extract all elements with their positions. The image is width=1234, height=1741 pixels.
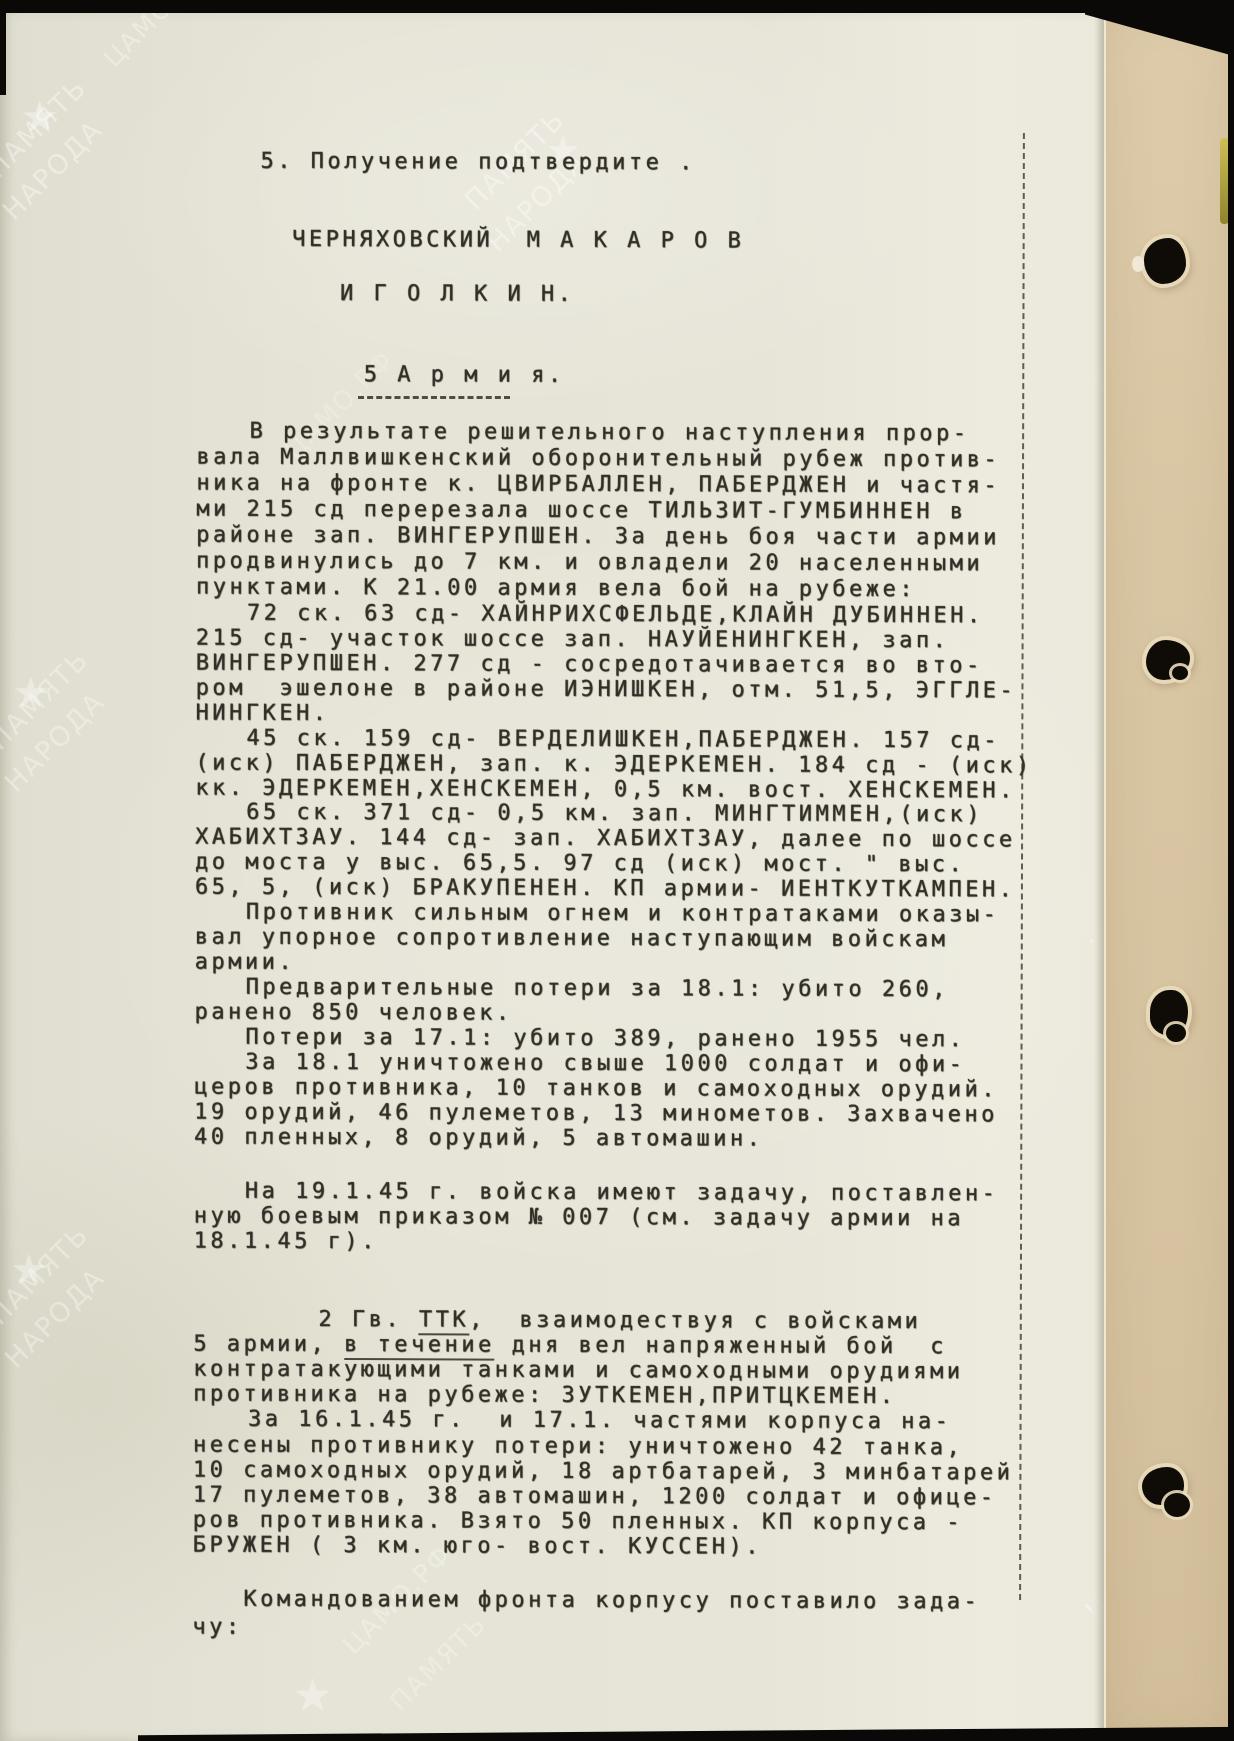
text-line: ми 215 сд перерезала шоссе ТИЛЬЗИТ-ГУМБИ… (196, 497, 966, 525)
text-line: 5 А р м и я. (364, 362, 565, 388)
text-line: 10 самоходных орудий, 18 артбатарей, 3 м… (193, 1458, 1014, 1486)
text-line: Противник сильным огнем и контратаками о… (246, 900, 1000, 928)
punch-hole (1150, 990, 1188, 1036)
text-line: 19 орудий, 46 пулеметов, 13 минометов. З… (194, 1100, 998, 1128)
text-line: ром эшелоне в районе ИЭНИШКЕН, отм. 51,5… (196, 676, 1017, 704)
text-line: 5. Получение подтвердите . (260, 149, 695, 176)
text-line: ЧЕРНЯХОВСКИЙ М А К А Р О В (292, 227, 744, 254)
punch-hole (1144, 238, 1186, 284)
text-line: 2 Гв. ТТК, взаимодествуя с войсками (318, 1307, 921, 1334)
text-line: Командованием фронта корпусу поставило з… (243, 1587, 980, 1615)
scan-edge-top (0, 0, 1234, 13)
text-segment: дня вел напряженный бой с (495, 1333, 947, 1360)
text-line: 5 армии, в течение дня вел напряженный б… (193, 1332, 947, 1360)
text-line: ВИНГЕРУПШЕН. 277 сд - сосредотачивается … (196, 651, 983, 679)
text-line: За 16.1.45 г. и 17.1. частями корпуса на… (248, 1407, 951, 1434)
text-line: продвинулись до 7 км. и овладели 20 насе… (196, 549, 983, 577)
text-line: 65, 5, (иск) БРАКУПЕНЕН. КП армии- ИЕНТК… (195, 875, 1016, 903)
text-line: 65 ск. 371 сд- 0,5 км. зап. МИНГТИММЕН,(… (246, 800, 983, 828)
text-line: вал упорное сопротивление наступающим во… (195, 925, 949, 953)
text-line: 17 пулеметов, 38 автомашин, 1200 солдат … (193, 1483, 997, 1511)
text-line: И Г О Л К И Н. (340, 281, 575, 307)
text-line: контратакующими танками и самоходными ор… (193, 1357, 963, 1385)
underlined-text: ТТК (419, 1307, 469, 1335)
text-line: несены противнику потери: уничтожено 42 … (193, 1433, 963, 1461)
text-line: ника на фронте к. ЦВИРБАЛЛЕН, ПАБЕРДЖЕН … (196, 471, 1000, 499)
heading-underline (358, 396, 510, 399)
text-line: до моста у выс. 65,5. 97 сд (иск) мост. … (195, 850, 965, 878)
text-line: БРУЖЕН ( 3 км. юго- вост. КУССЕН). (193, 1533, 762, 1560)
text-line: ров противника. Взято 50 пленных. КП кор… (193, 1508, 963, 1536)
text-line: (иск) ПАБЕРДЖЕН, зап. к. ЭДЕРКЕМЕН. 184 … (195, 751, 1032, 779)
punch-hole (1146, 640, 1190, 680)
text-line: пунктами. К 21.00 армия вела бой на рубе… (196, 575, 916, 603)
text-line: ную боевым приказом № 007 (см. задачу ар… (194, 1204, 964, 1232)
text-line: церов противника, 10 танков и самоходных… (194, 1075, 998, 1103)
text-line: 40 пленных, 8 орудий, 5 автомашин. (194, 1125, 763, 1152)
text-line: НИНГКЕН. (196, 701, 330, 726)
text-segment: , взаимодествуя с войсками (469, 1307, 921, 1334)
punch-hole (1142, 1467, 1184, 1505)
text-line: противника на рубеже: ЗУТКЕМЕН,ПРИТЦКЕМЕ… (193, 1382, 896, 1409)
text-line: Предварительные потери за 18.1: убито 26… (246, 975, 949, 1002)
text-line: На 19.1.45 г. войска имеют задачу, поста… (245, 1179, 999, 1207)
text-line: В результате решительного наступления пр… (249, 419, 969, 447)
text-segment: 5 армии, (193, 1332, 344, 1358)
binding-strip (1104, 13, 1233, 1741)
text-line: 18.1.45 г). (194, 1229, 378, 1255)
text-line: армии. (195, 950, 296, 975)
text-line: Потери за 17.1: убито 389, ранено 1955 ч… (245, 1025, 965, 1053)
page-torn-edge (1092, 13, 1104, 1741)
scan-edge-right (1228, 0, 1234, 1741)
text-line: 215 сд- участок шоссе зап. НАУЙЕНИНГКЕН,… (196, 626, 950, 654)
text-line: 72 ск. 63 сд- ХАЙНРИХСФЕЛЬДЕ,КЛАЙН ДУБИН… (247, 601, 984, 629)
text-line: районе зап. ВИНГЕРУПШЕН. За день боя час… (196, 523, 1000, 551)
text-line: чу: (192, 1615, 242, 1640)
text-line: 45 ск. 159 сд- ВЕРДЕЛИШКЕН,ПАБЕРДЖЕН. 15… (246, 726, 1000, 754)
typewritten-text-block: 5. Получение подтвердите .ЧЕРНЯХОВСКИЙ М… (0, 0, 1234, 1741)
scanned-document-page: ★ПАМЯТЬНАРОДАЦАМО.РФ★ПАМЯТЬНАРОДАЦАМО.РФ… (0, 0, 1234, 1741)
text-line: вала Маллвишкенский оборонительный рубеж… (196, 445, 1000, 473)
text-line: ХАБИХТЗАУ. 144 сд- зап. ХАБИХТЗАУ, далее… (195, 825, 1016, 853)
text-line: ранено 850 человек. (194, 1000, 512, 1026)
scan-edge-left (0, 0, 6, 95)
text-segment: 2 Гв. (318, 1307, 419, 1332)
text-line: За 18.1 уничтожено свыше 1000 солдат и о… (245, 1050, 965, 1078)
